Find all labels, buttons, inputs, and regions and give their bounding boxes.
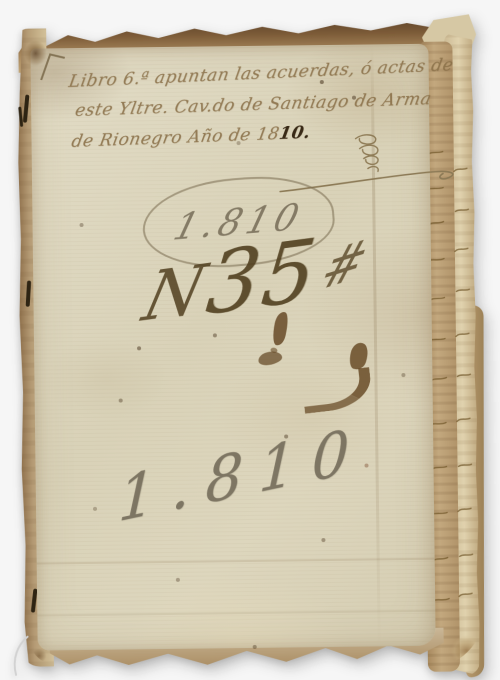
title-line-2: este Yltre. Cav.do de Santiago de Arma — [73, 89, 436, 121]
title-line-3-dark-digits: 10. — [278, 123, 313, 144]
photo-backdrop: Libro 6.ª apuntan las acuerdas, ó actas … — [0, 0, 500, 680]
document-number-value: 35 — [203, 227, 322, 328]
manuscript-book: Libro 6.ª apuntan las acuerdas, ó actas … — [14, 17, 480, 668]
crease-line — [37, 558, 435, 565]
crease-line — [37, 610, 435, 617]
ink-stain — [294, 336, 377, 417]
document-number-prefix: N — [137, 256, 211, 333]
binding-thread — [8, 635, 33, 679]
